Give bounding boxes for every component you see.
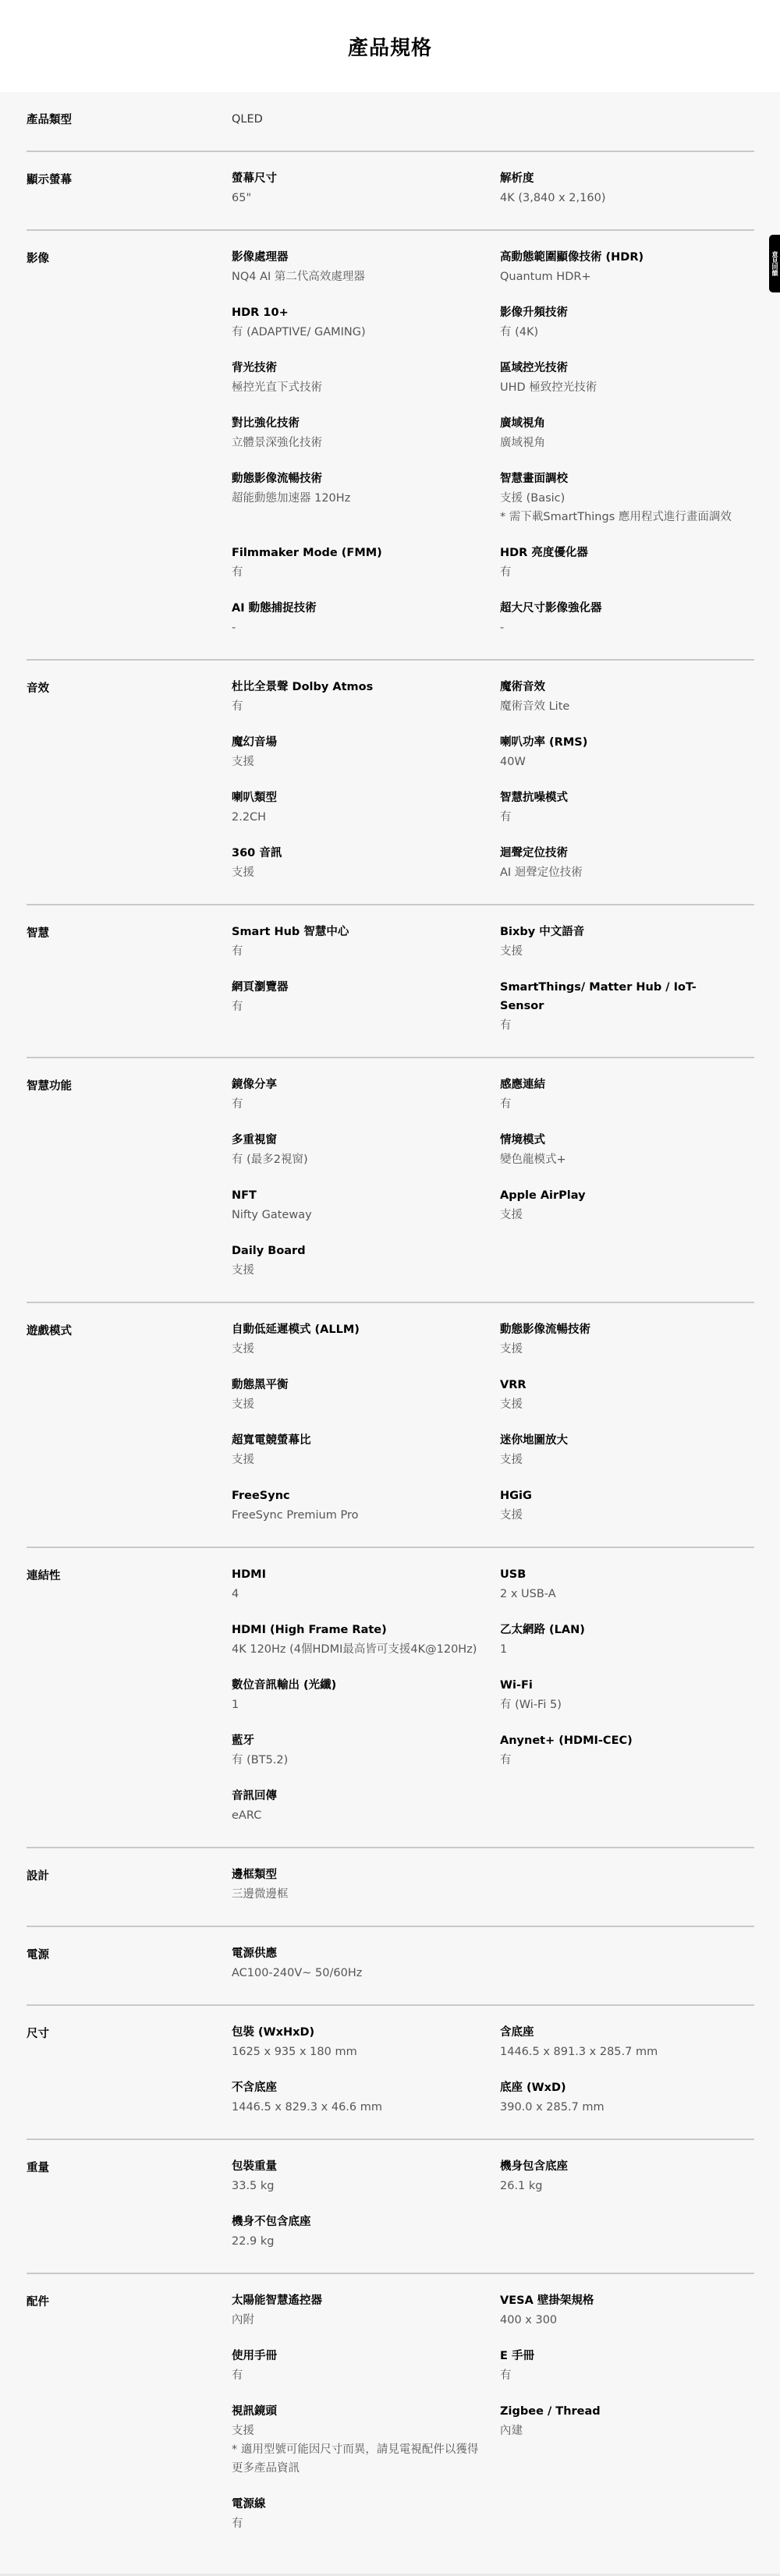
- spec-title: 鏡像分享: [232, 1075, 484, 1094]
- spec-item: 區域控光技術UHD 極致控光技術: [500, 359, 754, 397]
- spec-value: -: [500, 618, 739, 637]
- spec-item: 對比強化技術立體景深強化技術: [232, 414, 500, 452]
- spec-value: 支援: [232, 1261, 484, 1280]
- spec-value: 支援: [232, 863, 484, 882]
- spec-value: AC100-240V~ 50/60Hz: [232, 1964, 484, 1982]
- spec-value: 魔術音效 Lite: [500, 697, 739, 716]
- spec-title: 不含底座: [232, 2078, 484, 2097]
- spec-section: 重量包裝重量33.5 kg機身包含底座26.1 kg機身不包含底座22.9 kg: [27, 2140, 754, 2274]
- spec-title: 超寬電競螢幕比: [232, 1431, 484, 1450]
- section-label: 尺寸: [27, 2023, 232, 2117]
- spec-grid: QLED: [232, 109, 754, 129]
- spec-title: VESA 壁掛架規格: [500, 2291, 739, 2310]
- section-label: 遊戲模式: [27, 1320, 232, 1525]
- spec-value: 極控光直下式技術: [232, 378, 484, 397]
- spec-item: 不含底座1446.5 x 829.3 x 46.6 mm: [232, 2078, 500, 2117]
- spec-title: 含底座: [500, 2023, 739, 2042]
- spec-title: 藍牙: [232, 1731, 484, 1750]
- spec-item: 多重視窗有 (最多2視窗): [232, 1131, 500, 1169]
- spec-value: 有 (ADAPTIVE/ GAMING): [232, 323, 484, 342]
- spec-item: Filmmaker Mode (FMM)有: [232, 544, 500, 582]
- spec-value: -: [232, 618, 484, 637]
- spec-item: 超寬電競螢幕比支援: [232, 1431, 500, 1469]
- spec-value: 變色龍模式+: [500, 1150, 739, 1169]
- spec-section: 影像影像處理器NQ4 AI 第二代高效處理器高動態範圍顯像技術 (HDR)Qua…: [27, 231, 754, 661]
- spec-title: 包裝重量: [232, 2157, 484, 2176]
- spec-title: 杜比全景聲 Dolby Atmos: [232, 678, 484, 696]
- spec-item: VESA 壁掛架規格400 x 300: [500, 2291, 754, 2330]
- spec-value: 1: [232, 1695, 484, 1714]
- section-label: 影像: [27, 248, 232, 637]
- spec-item: 動態影像流暢技術超能動態加速器 120Hz: [232, 469, 500, 526]
- spec-value: 1446.5 x 891.3 x 285.7 mm: [500, 2043, 739, 2061]
- spec-item: 底座 (WxD)390.0 x 285.7 mm: [500, 2078, 754, 2117]
- spec-grid: 影像處理器NQ4 AI 第二代高效處理器高動態範圍顯像技術 (HDR)Quant…: [232, 248, 754, 637]
- spec-value: 支援: [232, 1395, 484, 1414]
- spec-item: HGiG支援: [500, 1486, 754, 1525]
- section-label: 連結性: [27, 1565, 232, 1825]
- spec-item: 情境模式變色龍模式+: [500, 1131, 754, 1169]
- spec-item: 視訊鏡頭支援 * 適用型號可能因尺寸而異，請見電視配件以獲得更多產品資訊: [232, 2402, 500, 2478]
- spec-title: SmartThings/ Matter Hub / IoT-Sensor: [500, 978, 739, 1015]
- spec-section: 智慧功能鏡像分享有感應連結有多重視窗有 (最多2視窗)情境模式變色龍模式+NFT…: [27, 1058, 754, 1303]
- spec-title: 喇叭類型: [232, 788, 484, 807]
- spec-item: 螢幕尺寸65": [232, 169, 500, 207]
- spec-item: 迷你地圖放大支援: [500, 1431, 754, 1469]
- spec-section: 尺寸包裝 (WxHxD)1625 x 935 x 180 mm含底座1446.5…: [27, 2006, 754, 2140]
- spec-item: Zigbee / Thread內建: [500, 2402, 754, 2478]
- spec-value: 支援: [500, 1451, 739, 1469]
- spec-list: 產品類型QLED顯示螢幕螢幕尺寸65"解析度4K (3,840 x 2,160)…: [0, 92, 780, 2576]
- spec-title: 網頁瀏覽器: [232, 978, 484, 997]
- spec-page: 產品規格 產品類型QLED顯示螢幕螢幕尺寸65"解析度4K (3,840 x 2…: [0, 0, 780, 2576]
- spec-title: 影像升頻技術: [500, 303, 739, 322]
- spec-item: 數位音訊輸出 (光纖)1: [232, 1676, 500, 1714]
- spec-title: 智慧畫面調校: [500, 469, 739, 488]
- spec-value: 支援: [232, 1340, 484, 1359]
- spec-value: eARC: [232, 1806, 484, 1825]
- spec-value: 立體景深強化技術: [232, 434, 484, 452]
- spec-value: 支援: [500, 942, 739, 961]
- spec-value: 支援: [500, 1395, 739, 1414]
- spec-item: VRR支援: [500, 1376, 754, 1414]
- spec-title: 智慧抗噪模式: [500, 788, 739, 807]
- spec-item: 影像升頻技術有 (4K): [500, 303, 754, 342]
- spec-value: 支援: [500, 1506, 739, 1525]
- spec-item: 鏡像分享有: [232, 1075, 500, 1114]
- spec-title: NFT: [232, 1186, 484, 1205]
- spec-title: Daily Board: [232, 1242, 484, 1260]
- spec-title: HGiG: [500, 1486, 739, 1505]
- spec-item: 影像處理器NQ4 AI 第二代高效處理器: [232, 248, 500, 286]
- spec-value: FreeSync Premium Pro: [232, 1506, 484, 1525]
- spec-item: 迴聲定位技術AI 迴聲定位技術: [500, 844, 754, 882]
- spec-grid: 包裝 (WxHxD)1625 x 935 x 180 mm含底座1446.5 x…: [232, 2023, 754, 2117]
- spec-value: 有: [232, 2514, 484, 2533]
- spec-value: 有: [232, 2366, 484, 2385]
- spec-title: 機身包含底座: [500, 2157, 739, 2176]
- spec-value: 有 (最多2視窗): [232, 1150, 484, 1169]
- spec-item: 魔術音效魔術音效 Lite: [500, 678, 754, 716]
- spec-value: NQ4 AI 第二代高效處理器: [232, 268, 484, 286]
- spec-title: 情境模式: [500, 1131, 739, 1150]
- spec-title: 超大尺寸影像強化器: [500, 599, 739, 618]
- spec-grid: Smart Hub 智慧中心有Bixby 中文語音支援網頁瀏覽器有SmartTh…: [232, 923, 754, 1035]
- spec-grid: 包裝重量33.5 kg機身包含底座26.1 kg機身不包含底座22.9 kg: [232, 2157, 754, 2251]
- spec-title: USB: [500, 1565, 739, 1584]
- spec-title: 動態黑平衡: [232, 1376, 484, 1394]
- spec-value: 支援: [232, 1451, 484, 1469]
- spec-value: 廣域視角: [500, 434, 739, 452]
- spec-value: 400 x 300: [500, 2311, 739, 2330]
- spec-item: 動態黑平衡支援: [232, 1376, 500, 1414]
- spec-item: HDR 10+有 (ADAPTIVE/ GAMING): [232, 303, 500, 342]
- spec-title: E 手冊: [500, 2347, 739, 2365]
- spec-value: 4K 120Hz (4個HDMI最高皆可支援4K@120Hz): [232, 1640, 484, 1659]
- spec-title: Filmmaker Mode (FMM): [232, 544, 484, 562]
- spec-item: 高動態範圍顯像技術 (HDR)Quantum HDR+: [500, 248, 754, 286]
- section-label: 顯示螢幕: [27, 169, 232, 207]
- spec-item: 太陽能智慧遙控器內附: [232, 2291, 500, 2330]
- spec-item: HDR 亮度優化器有: [500, 544, 754, 582]
- spec-title: HDMI: [232, 1565, 484, 1584]
- feedback-tab[interactable]: 意見回饋: [769, 235, 780, 292]
- spec-grid: 電源供應AC100-240V~ 50/60Hz: [232, 1944, 754, 1982]
- spec-title: 數位音訊輸出 (光纖): [232, 1676, 484, 1695]
- spec-title: 包裝 (WxHxD): [232, 2023, 484, 2042]
- spec-section: 配件太陽能智慧遙控器內附VESA 壁掛架規格400 x 300使用手冊有E 手冊…: [27, 2274, 754, 2555]
- spec-value: 有: [232, 697, 484, 716]
- spec-title: 喇叭功率 (RMS): [500, 733, 739, 752]
- spec-title: 迴聲定位技術: [500, 844, 739, 863]
- spec-value: Quantum HDR+: [500, 268, 739, 286]
- spec-value: 內建: [500, 2422, 739, 2440]
- spec-item: USB2 x USB-A: [500, 1565, 754, 1603]
- spec-title: 解析度: [500, 169, 739, 188]
- section-label: 智慧功能: [27, 1075, 232, 1280]
- spec-grid: 螢幕尺寸65"解析度4K (3,840 x 2,160): [232, 169, 754, 207]
- spec-item: 音訊回傳eARC: [232, 1787, 500, 1825]
- spec-item: Smart Hub 智慧中心有: [232, 923, 500, 961]
- spec-item: Daily Board支援: [232, 1242, 500, 1280]
- spec-item: HDMI4: [232, 1565, 500, 1603]
- spec-grid: 杜比全景聲 Dolby Atmos有魔術音效魔術音效 Lite魔幻音場支援喇叭功…: [232, 678, 754, 882]
- spec-title: 太陽能智慧遙控器: [232, 2291, 484, 2310]
- spec-title: Bixby 中文語音: [500, 923, 739, 941]
- spec-grid: HDMI4USB2 x USB-AHDMI (High Frame Rate)4…: [232, 1565, 754, 1825]
- spec-item: 感應連結有: [500, 1075, 754, 1114]
- spec-value: 1446.5 x 829.3 x 46.6 mm: [232, 2098, 484, 2117]
- spec-title: 乙太網路 (LAN): [500, 1621, 739, 1639]
- spec-value: 支援 * 適用型號可能因尺寸而異，請見電視配件以獲得更多產品資訊: [232, 2422, 484, 2478]
- spec-title: 視訊鏡頭: [232, 2402, 484, 2421]
- spec-item: 智慧抗噪模式有: [500, 788, 754, 827]
- spec-title: FreeSync: [232, 1486, 484, 1505]
- spec-title: 邊框類型: [232, 1866, 484, 1884]
- spec-grid: 邊框類型三邊微邊框: [232, 1866, 754, 1904]
- spec-value: 有 (Wi-Fi 5): [500, 1695, 739, 1714]
- spec-title: 使用手冊: [232, 2347, 484, 2365]
- spec-title: HDMI (High Frame Rate): [232, 1621, 484, 1639]
- spec-title: Zigbee / Thread: [500, 2402, 739, 2421]
- spec-value: 有: [500, 563, 739, 582]
- spec-title: 魔幻音場: [232, 733, 484, 752]
- spec-section: 音效杜比全景聲 Dolby Atmos有魔術音效魔術音效 Lite魔幻音場支援喇…: [27, 661, 754, 905]
- spec-value: 40W: [500, 753, 739, 771]
- spec-section: 遊戲模式自動低延遲模式 (ALLM)支援動態影像流暢技術支援動態黑平衡支援VRR…: [27, 1303, 754, 1548]
- spec-value: 4K (3,840 x 2,160): [500, 189, 739, 207]
- spec-value: Nifty Gateway: [232, 1206, 484, 1224]
- spec-item: 包裝重量33.5 kg: [232, 2157, 500, 2195]
- spec-section: 連結性HDMI4USB2 x USB-AHDMI (High Frame Rat…: [27, 1548, 754, 1848]
- spec-value: 有: [232, 563, 484, 582]
- spec-title: 底座 (WxD): [500, 2078, 739, 2097]
- spec-value: 三邊微邊框: [232, 1885, 484, 1904]
- spec-title: 感應連結: [500, 1075, 739, 1094]
- spec-item: 自動低延遲模式 (ALLM)支援: [232, 1320, 500, 1359]
- spec-item: 喇叭功率 (RMS)40W: [500, 733, 754, 771]
- spec-item: 廣域視角廣域視角: [500, 414, 754, 452]
- spec-section: 產品類型QLED: [27, 92, 754, 152]
- spec-value: 支援: [500, 1206, 739, 1224]
- spec-title: HDR 10+: [232, 303, 484, 322]
- spec-title: VRR: [500, 1376, 739, 1394]
- spec-title: 影像處理器: [232, 248, 484, 267]
- spec-grid: 太陽能智慧遙控器內附VESA 壁掛架規格400 x 300使用手冊有E 手冊有視…: [232, 2291, 754, 2533]
- spec-item: 杜比全景聲 Dolby Atmos有: [232, 678, 500, 716]
- spec-grid: 鏡像分享有感應連結有多重視窗有 (最多2視窗)情境模式變色龍模式+NFTNift…: [232, 1075, 754, 1280]
- spec-item: Anynet+ (HDMI-CEC)有: [500, 1731, 754, 1770]
- spec-value: 有 (4K): [500, 323, 739, 342]
- spec-value: 有: [500, 1095, 739, 1114]
- spec-value: 26.1 kg: [500, 2177, 739, 2195]
- spec-value: UHD 極致控光技術: [500, 378, 739, 397]
- spec-item: 360 音訊支援: [232, 844, 500, 882]
- spec-item: 藍牙有 (BT5.2): [232, 1731, 500, 1770]
- spec-title: 動態影像流暢技術: [232, 469, 484, 488]
- spec-section: 電源電源供應AC100-240V~ 50/60Hz: [27, 1927, 754, 2006]
- spec-item: 包裝 (WxHxD)1625 x 935 x 180 mm: [232, 2023, 500, 2061]
- spec-value: AI 迴聲定位技術: [500, 863, 739, 882]
- spec-item: 魔幻音場支援: [232, 733, 500, 771]
- spec-title: 背光技術: [232, 359, 484, 377]
- spec-title: 螢幕尺寸: [232, 169, 484, 188]
- spec-item: AI 動態捕捉技術-: [232, 599, 500, 637]
- spec-title: 多重視窗: [232, 1131, 484, 1150]
- spec-item: QLED: [232, 109, 500, 129]
- spec-value: 1625 x 935 x 180 mm: [232, 2043, 484, 2061]
- spec-section: 顯示螢幕螢幕尺寸65"解析度4K (3,840 x 2,160): [27, 152, 754, 231]
- spec-item: 含底座1446.5 x 891.3 x 285.7 mm: [500, 2023, 754, 2061]
- section-label: 重量: [27, 2157, 232, 2251]
- spec-item: 使用手冊有: [232, 2347, 500, 2385]
- spec-item: 機身包含底座26.1 kg: [500, 2157, 754, 2195]
- spec-item: 背光技術極控光直下式技術: [232, 359, 500, 397]
- spec-item: 邊框類型三邊微邊框: [232, 1866, 500, 1904]
- page-header: 產品規格: [0, 0, 780, 92]
- spec-value: 2 x USB-A: [500, 1585, 739, 1603]
- spec-item: Wi-Fi有 (Wi-Fi 5): [500, 1676, 754, 1714]
- spec-item: 網頁瀏覽器有: [232, 978, 500, 1035]
- spec-item: SmartThings/ Matter Hub / IoT-Sensor有: [500, 978, 754, 1035]
- spec-title: 360 音訊: [232, 844, 484, 863]
- spec-value: 支援 (Basic) * 需下載SmartThings 應用程式進行畫面調效: [500, 489, 739, 526]
- spec-title: 電源線: [232, 2495, 484, 2514]
- spec-value: 有: [500, 2366, 739, 2385]
- spec-title: HDR 亮度優化器: [500, 544, 739, 562]
- spec-item: Apple AirPlay支援: [500, 1186, 754, 1224]
- spec-title: 迷你地圖放大: [500, 1431, 739, 1450]
- spec-section: 智慧Smart Hub 智慧中心有Bixby 中文語音支援網頁瀏覽器有Smart…: [27, 905, 754, 1058]
- spec-value: 有 (BT5.2): [232, 1751, 484, 1770]
- spec-title: 自動低延遲模式 (ALLM): [232, 1320, 484, 1339]
- section-label: 電源: [27, 1944, 232, 1982]
- spec-value: 超能動態加速器 120Hz: [232, 489, 484, 508]
- spec-item: 電源供應AC100-240V~ 50/60Hz: [232, 1944, 500, 1982]
- spec-title: Wi-Fi: [500, 1676, 739, 1695]
- spec-item: 電源線有: [232, 2495, 500, 2533]
- spec-item: FreeSyncFreeSync Premium Pro: [232, 1486, 500, 1525]
- spec-title: 高動態範圍顯像技術 (HDR): [500, 248, 739, 267]
- spec-value: 22.9 kg: [232, 2232, 484, 2251]
- spec-value: 支援: [232, 753, 484, 771]
- spec-value: 有: [232, 942, 484, 961]
- spec-value: 1: [500, 1640, 739, 1659]
- spec-item: 喇叭類型2.2CH: [232, 788, 500, 827]
- spec-value: 390.0 x 285.7 mm: [500, 2098, 739, 2117]
- spec-item: Bixby 中文語音支援: [500, 923, 754, 961]
- spec-value: 有: [500, 1016, 739, 1035]
- spec-title: 魔術音效: [500, 678, 739, 696]
- spec-value: 4: [232, 1585, 484, 1603]
- spec-item: NFTNifty Gateway: [232, 1186, 500, 1224]
- spec-title: AI 動態捕捉技術: [232, 599, 484, 618]
- spec-item: 動態影像流暢技術支援: [500, 1320, 754, 1359]
- section-label: 設計: [27, 1866, 232, 1904]
- spec-title: 區域控光技術: [500, 359, 739, 377]
- spec-value: 33.5 kg: [232, 2177, 484, 2195]
- section-label: 產品類型: [27, 109, 232, 129]
- spec-title: 廣域視角: [500, 414, 739, 433]
- section-label: 配件: [27, 2291, 232, 2533]
- spec-title: 音訊回傳: [232, 1787, 484, 1805]
- spec-item: HDMI (High Frame Rate)4K 120Hz (4個HDMI最高…: [232, 1621, 500, 1659]
- spec-title: 動態影像流暢技術: [500, 1320, 739, 1339]
- spec-title: Smart Hub 智慧中心: [232, 923, 484, 941]
- spec-section: 設計邊框類型三邊微邊框: [27, 1848, 754, 1927]
- spec-item: 乙太網路 (LAN)1: [500, 1621, 754, 1659]
- spec-grid: 自動低延遲模式 (ALLM)支援動態影像流暢技術支援動態黑平衡支援VRR支援超寬…: [232, 1320, 754, 1525]
- spec-item: 智慧畫面調校支援 (Basic) * 需下載SmartThings 應用程式進行…: [500, 469, 754, 526]
- spec-value: 支援: [500, 1340, 739, 1359]
- spec-value: 有: [500, 1751, 739, 1770]
- spec-value: 有: [500, 808, 739, 827]
- spec-item: E 手冊有: [500, 2347, 754, 2385]
- section-label: 智慧: [27, 923, 232, 1035]
- spec-title: 機身不包含底座: [232, 2213, 484, 2231]
- page-title: 產品規格: [348, 32, 432, 61]
- spec-title: 對比強化技術: [232, 414, 484, 433]
- spec-value: 有: [232, 997, 484, 1016]
- spec-item: 解析度4K (3,840 x 2,160): [500, 169, 754, 207]
- spec-value: 有: [232, 1095, 484, 1114]
- spec-title: Apple AirPlay: [500, 1186, 739, 1205]
- spec-value: 2.2CH: [232, 808, 484, 827]
- spec-title: 電源供應: [232, 1944, 484, 1963]
- spec-item: 機身不包含底座22.9 kg: [232, 2213, 500, 2251]
- spec-title: Anynet+ (HDMI-CEC): [500, 1731, 739, 1750]
- spec-value: 內附: [232, 2311, 484, 2330]
- spec-value: 65": [232, 189, 484, 207]
- section-label: 音效: [27, 678, 232, 882]
- spec-value: QLED: [232, 110, 484, 129]
- spec-item: 超大尺寸影像強化器-: [500, 599, 754, 637]
